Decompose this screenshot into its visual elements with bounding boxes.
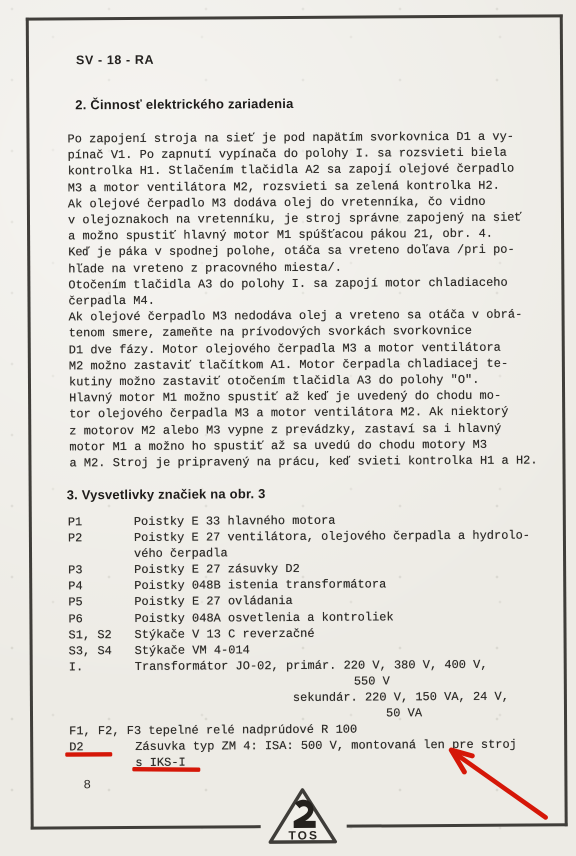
legend-symbol: P5	[68, 594, 134, 610]
legend-symbol: P4	[68, 578, 134, 594]
paragraph-line: Otočením tlačidla A3 do polohy I. sa zap…	[68, 274, 538, 293]
legend-symbol: P3	[68, 562, 134, 578]
legend-description: Zásuvka typ ZM 4: ISA: 500 V, montovaná …	[135, 737, 545, 772]
legend-line: Poistky E 27 ventilátora, olejového čerp…	[134, 528, 544, 547]
legend-list: P1Poistky E 33 hlavného motoraP2Poistky …	[68, 511, 546, 771]
paragraph-line: a M2. Stroj je pripravený na prácu, keď …	[69, 453, 539, 472]
legend-symbol: S3, S4	[69, 643, 135, 659]
bottom-rule-right	[347, 823, 568, 827]
legend-line: Zásuvka typ ZM 4: ISA: 500 V, montovaná …	[135, 737, 545, 756]
document-code: SV - 18 - RA	[76, 53, 154, 67]
legend-symbol: I.	[69, 659, 135, 724]
legend-row: P2Poistky E 27 ventilátora, olejového če…	[68, 528, 544, 563]
section-2-body: Po zapojení stroja na sieť je pod napätí…	[67, 128, 539, 471]
legend-symbol: P1	[68, 514, 134, 530]
section-2-heading: 2. Činnosť elektrického zariadenia	[75, 96, 293, 112]
scanned-page: { "page": { "header": "SV - 18 - RA", "p…	[0, 0, 576, 856]
logo-text: TOS	[288, 828, 319, 842]
legend-symbol: P2	[68, 530, 134, 563]
document-sheet: SV - 18 - RA 2. Činnosť elektrického zar…	[0, 0, 576, 856]
legend-symbol: S1, S2	[68, 627, 134, 643]
page-number: 8	[83, 778, 91, 792]
legend-description: Poistky E 27 ventilátora, olejového čerp…	[134, 528, 544, 563]
legend-row: I.Transformátor JO-02, primár. 220 V, 38…	[69, 656, 545, 723]
legend-line: sekundár. 220 V, 150 VA, 24 V,	[135, 688, 545, 707]
legend-symbol: D2	[69, 739, 135, 772]
legend-row: D2Zásuvka typ ZM 4: ISA: 500 V, montovan…	[69, 737, 545, 772]
legend-line: Transformátor JO-02, primár. 220 V, 380 …	[135, 656, 545, 675]
paragraph-line: Keď je páka v spodnej polohe, otáča sa v…	[68, 242, 538, 261]
section-3-heading: 3. Vysvetlivky značiek na obr. 3	[67, 486, 266, 502]
legend-line: s IKS-I	[135, 753, 545, 772]
bottom-rule-left	[31, 825, 261, 829]
tos-logo: TOS	[266, 787, 338, 847]
legend-symbol: P6	[68, 611, 134, 627]
legend-description: Transformátor JO-02, primár. 220 V, 380 …	[135, 656, 545, 723]
